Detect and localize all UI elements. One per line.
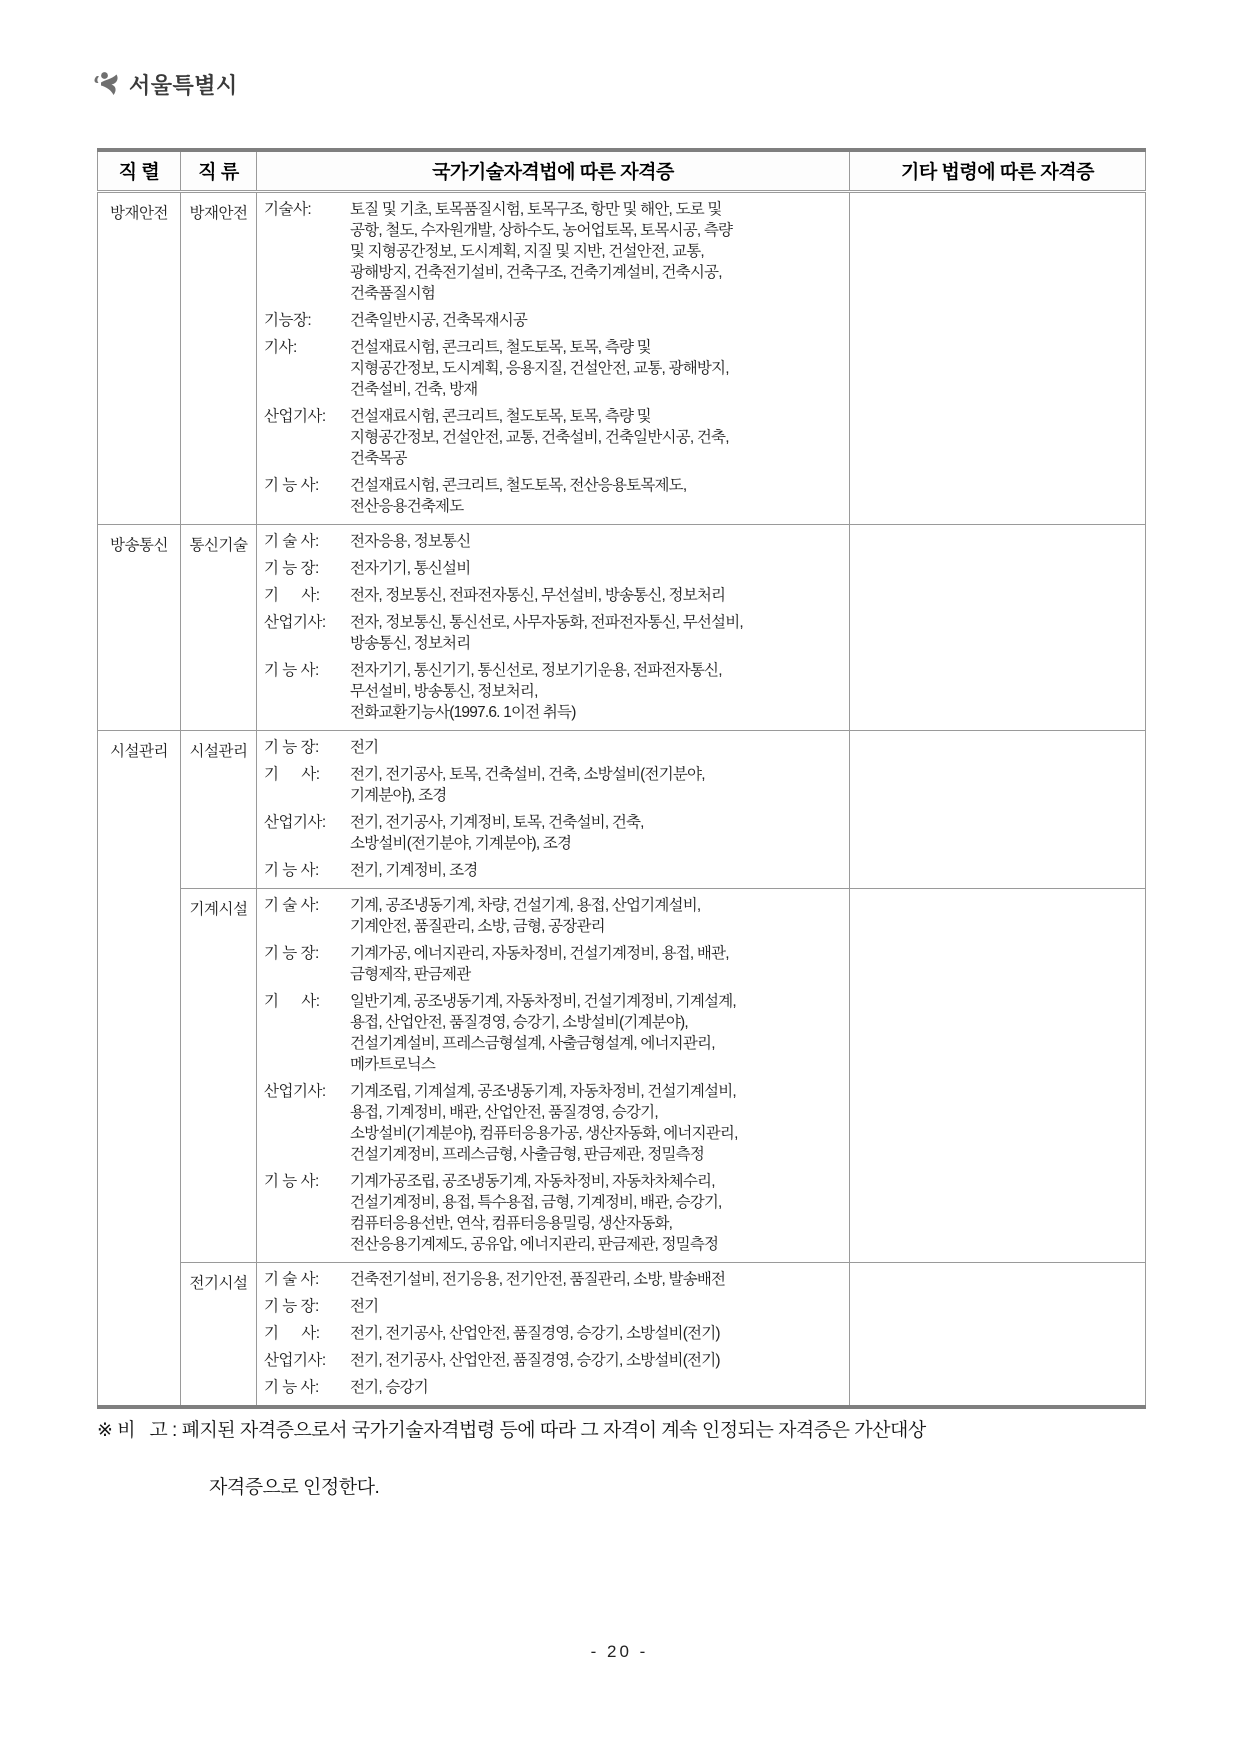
qual-list-text: 전자, 정보통신, 통신선로, 사무자동화, 전파전자통신, 무선설비, 방송통… [350, 612, 845, 654]
qual-list-text: 건설재료시험, 콘크리트, 철도토목, 토목, 측량 및 지형공간정보, 건설안… [350, 406, 845, 469]
remark-line1: ※ 비 고 : 폐지된 자격증으로서 국가기술자격법령 등에 따라 그 자격이 … [97, 1415, 1159, 1442]
qual-grade-label: 기 술 사: [264, 531, 350, 552]
qual-grade-label: 산업기사: [264, 812, 350, 854]
qual-grade-label: 기 사: [264, 991, 350, 1075]
qual-entry: 기 능 사:건설재료시험, 콘크리트, 철도토목, 전산응용토목제도, 전산응용… [264, 475, 845, 517]
quals-cell: 기 술 사:건축전기설비, 전기응용, 전기안전, 품질관리, 소방, 발송배전… [257, 1263, 850, 1408]
qual-entry: 기사:건설재료시험, 콘크리트, 철도토목, 토목, 측량 및 지형공간정보, … [264, 337, 845, 400]
col-header-2: 국가기술자격법에 따른 자격증 [257, 150, 850, 192]
table-row: 시설관리시설관리기 능 장:전기기 사:전기, 전기공사, 토목, 건축설비, … [98, 731, 1146, 889]
qual-list-text: 전자기기, 통신설비 [350, 558, 845, 579]
qual-entry: 기 사:전기, 전기공사, 토목, 건축설비, 건축, 소방설비(전기분야, 기… [264, 764, 845, 806]
jikryu-cell: 시설관리 [181, 731, 257, 889]
qual-grade-label: 산업기사: [264, 612, 350, 654]
qual-list-text: 전기, 승강기 [350, 1377, 845, 1398]
table-row: 전기시설기 술 사:건축전기설비, 전기응용, 전기안전, 품질관리, 소방, … [98, 1263, 1146, 1408]
qual-list-text: 건축일반시공, 건축목재시공 [350, 310, 845, 331]
qual-entry: 기 사:일반기계, 공조냉동기계, 자동차정비, 건설기계정비, 기계설계, 용… [264, 991, 845, 1075]
qual-entry: 기 능 사:전기, 기계정비, 조경 [264, 860, 845, 881]
jikryu-cell: 전기시설 [181, 1263, 257, 1408]
logo-text: 서울특별시 [129, 69, 238, 100]
page-number: - 20 - [0, 1642, 1239, 1662]
qual-list-text: 전기, 전기공사, 토목, 건축설비, 건축, 소방설비(전기분야, 기계분야)… [350, 764, 845, 806]
qual-list-text: 기계가공조립, 공조냉동기계, 자동차정비, 자동차차체수리, 건설기계정비, … [350, 1171, 845, 1255]
table-row: 방재안전방재안전기술사:토질 및 기초, 토목품질시험, 토목구조, 항만 및 … [98, 192, 1146, 525]
qual-entry: 기 능 사:전자기기, 통신기기, 통신선로, 정보기기운용, 전파전자통신, … [264, 660, 845, 723]
qual-grade-label: 기능장: [264, 310, 350, 331]
qual-entry: 기 능 사:전기, 승강기 [264, 1377, 845, 1398]
qual-list-text: 건설재료시험, 콘크리트, 철도토목, 전산응용토목제도, 전산응용건축제도 [350, 475, 845, 517]
jikryeol-cell: 방송통신 [98, 525, 181, 731]
qual-grade-label: 기 술 사: [264, 895, 350, 937]
qual-entry: 기 술 사:건축전기설비, 전기응용, 전기안전, 품질관리, 소방, 발송배전 [264, 1269, 845, 1290]
qual-grade-label: 기 능 사: [264, 475, 350, 517]
other-law-cell [850, 889, 1146, 1263]
qual-entry: 기 능 장:전자기기, 통신설비 [264, 558, 845, 579]
qual-grade-label: 산업기사: [264, 1081, 350, 1165]
col-header-0: 직 렬 [98, 150, 181, 192]
qual-grade-label: 기 능 사: [264, 660, 350, 723]
seoul-logo: 서울특별시 [92, 68, 238, 100]
qual-list-text: 기계, 공조냉동기계, 차량, 건설기계, 용접, 산업기계설비, 기계안전, … [350, 895, 845, 937]
quals-cell: 기 능 장:전기기 사:전기, 전기공사, 토목, 건축설비, 건축, 소방설비… [257, 731, 850, 889]
qual-grade-label: 기사: [264, 337, 350, 400]
qual-entry: 기술사:토질 및 기초, 토목품질시험, 토목구조, 항만 및 해안, 도로 및… [264, 199, 845, 304]
quals-cell: 기술사:토질 및 기초, 토목품질시험, 토목구조, 항만 및 해안, 도로 및… [257, 192, 850, 525]
jikryeol-cell: 시설관리 [98, 731, 181, 1408]
qual-grade-label: 기 능 장: [264, 1296, 350, 1317]
quals-cell: 기 술 사:기계, 공조냉동기계, 차량, 건설기계, 용접, 산업기계설비, … [257, 889, 850, 1263]
qual-list-text: 전자기기, 통신기기, 통신선로, 정보기기운용, 전파전자통신, 무선설비, … [350, 660, 845, 723]
qual-list-text: 토질 및 기초, 토목품질시험, 토목구조, 항만 및 해안, 도로 및 공항,… [350, 199, 845, 304]
qual-list-text: 전기 [350, 737, 845, 758]
qual-list-text: 전기, 전기공사, 산업안전, 품질경영, 승강기, 소방설비(전기) [350, 1323, 845, 1344]
qual-entry: 기 능 장:전기 [264, 737, 845, 758]
col-header-1: 직 류 [181, 150, 257, 192]
qual-entry: 산업기사:건설재료시험, 콘크리트, 철도토목, 토목, 측량 및 지형공간정보… [264, 406, 845, 469]
remark-text-line2: 자격증으로 인정한다. [209, 1472, 1159, 1499]
qual-table: 직 렬직 류국가기술자격법에 따른 자격증기타 법령에 따른 자격증 방재안전방… [97, 148, 1146, 1409]
qual-grade-label: 기 사: [264, 764, 350, 806]
qual-entry: 산업기사:전자, 정보통신, 통신선로, 사무자동화, 전파전자통신, 무선설비… [264, 612, 845, 654]
qual-list-text: 전기 [350, 1296, 845, 1317]
qual-list-text: 일반기계, 공조냉동기계, 자동차정비, 건설기계정비, 기계설계, 용접, 산… [350, 991, 845, 1075]
quals-cell: 기 술 사:전자응용, 정보통신기 능 장:전자기기, 통신설비기 사:전자, … [257, 525, 850, 731]
qual-entry: 기 술 사:전자응용, 정보통신 [264, 531, 845, 552]
qual-list-text: 기계조립, 기계설계, 공조냉동기계, 자동차정비, 건설기계설비, 용접, 기… [350, 1081, 845, 1165]
qual-entry: 기 사:전자, 정보통신, 전파전자통신, 무선설비, 방송통신, 정보처리 [264, 585, 845, 606]
qual-grade-label: 산업기사: [264, 1350, 350, 1371]
other-law-cell [850, 1263, 1146, 1408]
qual-entry: 기 사:전기, 전기공사, 산업안전, 품질경영, 승강기, 소방설비(전기) [264, 1323, 845, 1344]
table-header-row: 직 렬직 류국가기술자격법에 따른 자격증기타 법령에 따른 자격증 [98, 150, 1146, 192]
qual-grade-label: 기 능 장: [264, 558, 350, 579]
qual-entry: 기 능 장:기계가공, 에너지관리, 자동차정비, 건설기계정비, 용접, 배관… [264, 943, 845, 985]
other-law-cell [850, 731, 1146, 889]
seoul-figure-icon [92, 68, 124, 100]
table-row: 기계시설기 술 사:기계, 공조냉동기계, 차량, 건설기계, 용접, 산업기계… [98, 889, 1146, 1263]
qual-list-text: 기계가공, 에너지관리, 자동차정비, 건설기계정비, 용접, 배관, 금형제작… [350, 943, 845, 985]
qual-list-text: 전기, 전기공사, 기계정비, 토목, 건축설비, 건축, 소방설비(전기분야,… [350, 812, 845, 854]
qual-grade-label: 기 능 장: [264, 737, 350, 758]
qual-entry: 기 술 사:기계, 공조냉동기계, 차량, 건설기계, 용접, 산업기계설비, … [264, 895, 845, 937]
other-law-cell [850, 192, 1146, 525]
qual-grade-label: 기 능 사: [264, 1377, 350, 1398]
other-law-cell [850, 525, 1146, 731]
jikryeol-cell: 방재안전 [98, 192, 181, 525]
qual-entry: 산업기사:전기, 전기공사, 기계정비, 토목, 건축설비, 건축, 소방설비(… [264, 812, 845, 854]
qual-list-text: 전기, 기계정비, 조경 [350, 860, 845, 881]
remark-marker: ※ 비 고 : [97, 1420, 182, 1441]
qual-entry: 기 능 장:전기 [264, 1296, 845, 1317]
qual-grade-label: 기 술 사: [264, 1269, 350, 1290]
qual-grade-label: 기 사: [264, 1323, 350, 1344]
qual-grade-label: 기술사: [264, 199, 350, 304]
remark-note: ※ 비 고 : 폐지된 자격증으로서 국가기술자격법령 등에 따라 그 자격이 … [97, 1415, 1159, 1499]
qual-entry: 기 능 사:기계가공조립, 공조냉동기계, 자동차정비, 자동차차체수리, 건설… [264, 1171, 845, 1255]
table-row: 방송통신통신기술기 술 사:전자응용, 정보통신기 능 장:전자기기, 통신설비… [98, 525, 1146, 731]
qual-grade-label: 기 사: [264, 585, 350, 606]
qual-entry: 산업기사:전기, 전기공사, 산업안전, 품질경영, 승강기, 소방설비(전기) [264, 1350, 845, 1371]
jikryu-cell: 방재안전 [181, 192, 257, 525]
jikryu-cell: 통신기술 [181, 525, 257, 731]
col-header-3: 기타 법령에 따른 자격증 [850, 150, 1146, 192]
qual-grade-label: 산업기사: [264, 406, 350, 469]
jikryu-cell: 기계시설 [181, 889, 257, 1263]
qual-grade-label: 기 능 사: [264, 1171, 350, 1255]
qual-list-text: 건축전기설비, 전기응용, 전기안전, 품질관리, 소방, 발송배전 [350, 1269, 845, 1290]
qual-grade-label: 기 능 장: [264, 943, 350, 985]
qual-list-text: 전자응용, 정보통신 [350, 531, 845, 552]
qual-entry: 기능장:건축일반시공, 건축목재시공 [264, 310, 845, 331]
qual-grade-label: 기 능 사: [264, 860, 350, 881]
qual-list-text: 전기, 전기공사, 산업안전, 품질경영, 승강기, 소방설비(전기) [350, 1350, 845, 1371]
qual-list-text: 전자, 정보통신, 전파전자통신, 무선설비, 방송통신, 정보처리 [350, 585, 845, 606]
qual-entry: 산업기사:기계조립, 기계설계, 공조냉동기계, 자동차정비, 건설기계설비, … [264, 1081, 845, 1165]
remark-text-line1: 폐지된 자격증으로서 국가기술자격법령 등에 따라 그 자격이 계속 인정되는 … [182, 1420, 926, 1441]
qual-list-text: 건설재료시험, 콘크리트, 철도토목, 토목, 측량 및 지형공간정보, 도시계… [350, 337, 845, 400]
